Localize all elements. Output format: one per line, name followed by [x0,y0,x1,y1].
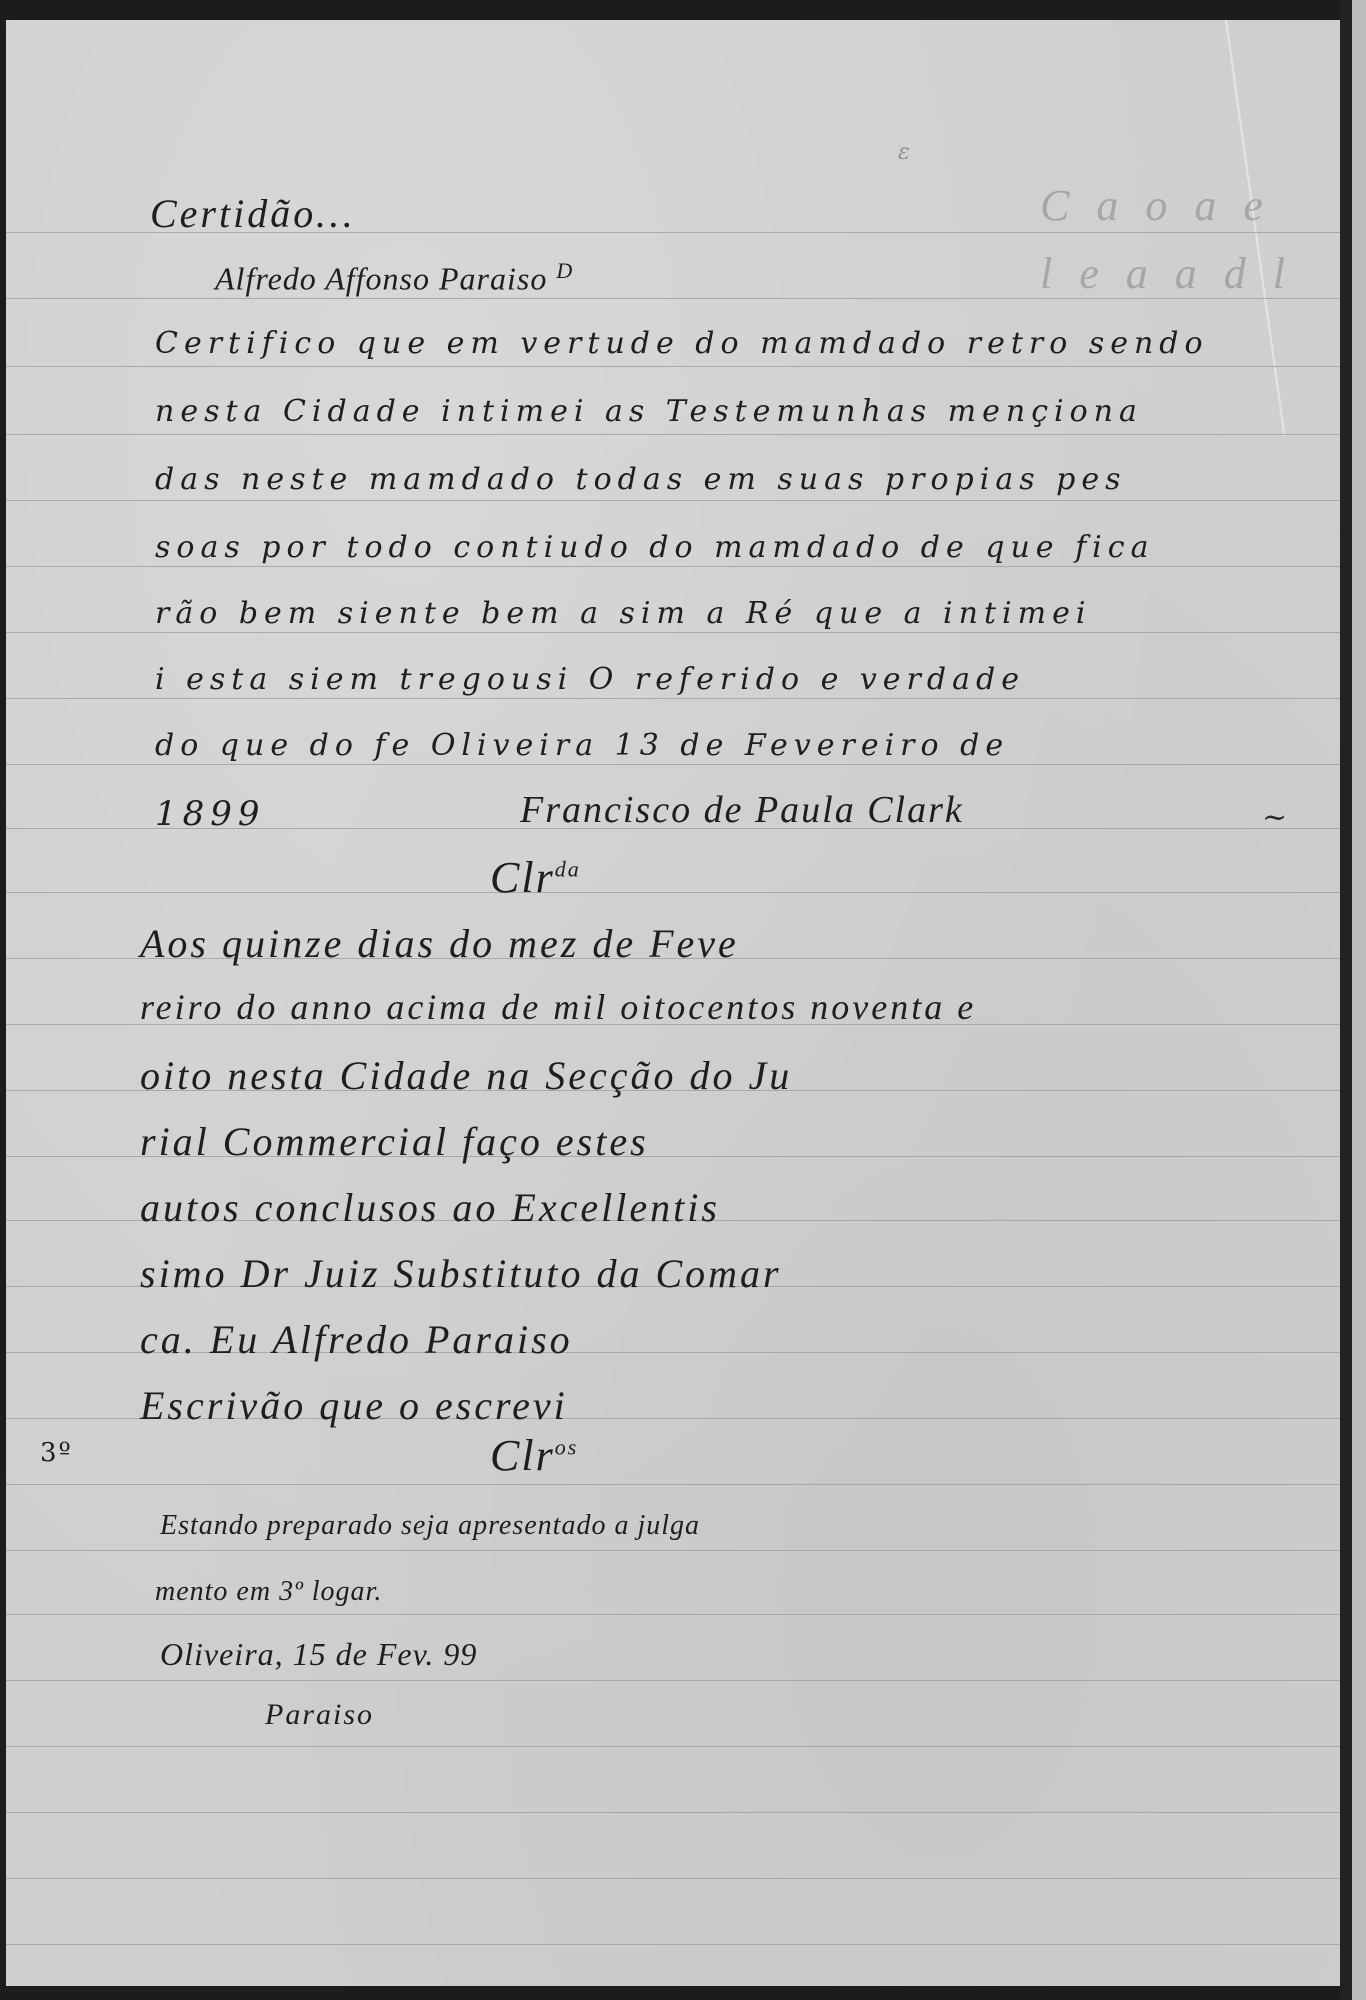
section-mark-sup: os [555,1434,579,1459]
ruled-line [6,892,1340,893]
margin-note: 3º [40,1438,73,1468]
header-name-mark: D [556,258,573,283]
certificate-line: do que do fe Oliveira 13 de Fevereiro de [155,728,1009,763]
scan-frame-bottom [0,1986,1366,2000]
ruled-line [6,566,1340,567]
certificate-line: nesta Cidade intimei as Testemunhas menç… [155,394,1143,429]
decision-signature: Paraiso [265,1698,374,1732]
conclusion-line: autos conclusos ao Excellentis [140,1184,720,1231]
ruled-line [6,1812,1340,1813]
top-pencil-mark: ɛ [898,140,912,165]
bleed-through-text: l e a a d l [1040,248,1293,299]
conclusion-line: reiro do anno acima de mil oitocentos no… [140,986,976,1028]
certificate-line: Certifico que em vertude do mamdado retr… [155,326,1209,361]
decision-line: Estando preparado seja apresentado a jul… [160,1510,700,1542]
ruled-line [6,1550,1340,1551]
next-page-strip [1352,0,1366,2000]
ruled-line [6,1878,1340,1879]
section-mark-text: Clr [490,1431,555,1480]
ruled-line [6,434,1340,435]
decision-line: mento em 3º logar. [155,1576,382,1608]
header-name: Alfredo Affonso Paraiso D [215,258,573,298]
ruled-line [6,366,1340,367]
certificate-line: das neste mamdado todas em suas propias … [155,462,1127,497]
page-edge-shadow [1340,0,1352,2000]
conclusion-line: rial Commercial faço estes [140,1118,649,1165]
ruled-line [6,1680,1340,1681]
certificate-line: soas por todo contiudo do mamdado de que… [155,530,1154,565]
certificate-year: 1899 [155,794,266,834]
certificate-signature: Francisco de Paula Clark [520,788,964,832]
ruled-line [6,764,1340,765]
conclusion-line: Escrivão que o escrevi [140,1382,568,1429]
section-mark-text: Clr [490,853,555,902]
header-title: Certidão… [150,190,355,237]
ruled-line [6,1746,1340,1747]
ruled-line [6,500,1340,501]
ruled-line [6,1484,1340,1485]
ruled-line [6,632,1340,633]
conclusion-line: simo Dr Juiz Substituto da Comar [140,1250,782,1297]
section-mark-sup: da [555,856,581,881]
ruled-line [6,1944,1340,1945]
scan-frame-top [0,0,1366,20]
conclusion-line: oito nesta Cidade na Secção do Ju [140,1052,792,1099]
decision-place-date: Oliveira, 15 de Fev. 99 [160,1636,477,1673]
ruled-line [6,698,1340,699]
certificate-line: i esta siem tregousi O referido e verdad… [155,662,1025,697]
conclusion-line: ca. Eu Alfredo Paraiso [140,1316,573,1363]
ruled-line [6,1614,1340,1615]
header-name-text: Alfredo Affonso Paraiso [215,261,547,297]
bleed-through-text: C a o a e [1040,180,1271,231]
section-mark-conclusion: Clrda [490,852,581,903]
conclusion-line: Aos quinze dias do mez de Feve [140,920,739,967]
side-flourish-mark: ~ [1262,800,1289,835]
section-mark-decision: Clros [490,1430,578,1481]
certificate-line: rão bem siente bem a sim a Ré que a inti… [155,596,1091,631]
